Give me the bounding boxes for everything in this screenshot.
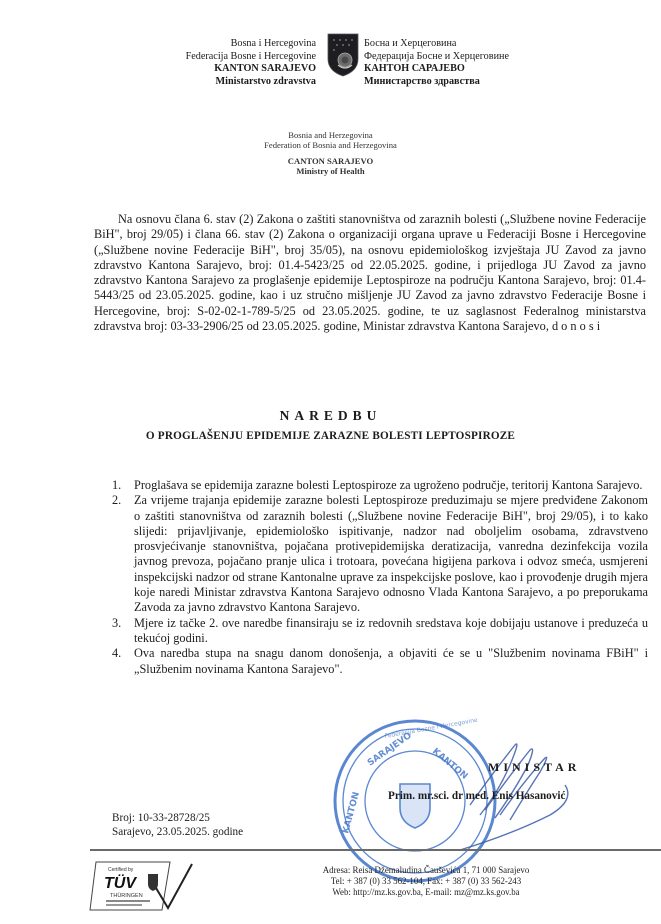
header-country-cyr: Босна и Херцеговина [364, 38, 584, 51]
header-federation-cyr: Федерација Босне и Херцеговине [364, 51, 584, 64]
item-text: Ova naredba stupa na snagu danom donošen… [134, 646, 648, 675]
footer-divider [90, 849, 661, 851]
item-number: 2. [112, 493, 121, 508]
header-ministry-cyr: Министарство здравства [364, 76, 584, 89]
footer-address: Adresa: Reisa Džemaludina Čauševića 1, 7… [276, 865, 576, 876]
header-latin: Bosna i Hercegovina Federacija Bosne i H… [176, 38, 316, 88]
item-text: Proglašava se epidemija zarazne bolesti … [134, 478, 642, 492]
item-number: 1. [112, 478, 121, 493]
header-english: Bosnia and Herzegovina Federation of Bos… [0, 130, 661, 176]
reference-block: Broj: 10-33-28728/25 Sarajevo, 23.05.202… [112, 811, 243, 839]
reference-number: Broj: 10-33-28728/25 [112, 811, 243, 825]
tuv-certification-checkmark-icon: Certified by TÜV THÜRINGEN [88, 858, 198, 914]
header-canton: KANTON SARAJEVO [176, 63, 316, 76]
signatory-name: Prim. mr.sci. dr med. Enis Hasanović [388, 790, 565, 802]
header-country-en: Bosnia and Herzegovina [0, 130, 661, 140]
header-canton-cyr: КАНТОН САРАЈЕВО [364, 63, 584, 76]
tuv-label-top: Certified by [108, 867, 134, 873]
order-item: 1. Proglašava se epidemija zarazne boles… [112, 478, 648, 493]
order-items-list: 1. Proglašava se epidemija zarazne boles… [112, 478, 648, 677]
header-cyrillic: Босна и Херцеговина Федерација Босне и Х… [364, 38, 584, 88]
order-item: 2. Za vrijeme trajanja epidemije zarazne… [112, 493, 648, 615]
header-federation: Federacija Bosne i Hercegovine [176, 51, 316, 64]
order-item: 3. Mjere iz tačke 2. ove naredbe finansi… [112, 616, 648, 647]
order-item: 4. Ova naredba stupa na snagu danom dono… [112, 646, 648, 677]
document-subtitle: O PROGLAŠENJU EPIDEMIJE ZARAZNE BOLESTI … [0, 430, 661, 442]
item-text: Mjere iz tačke 2. ove naredbe finansiraj… [134, 616, 648, 645]
tuv-sub: THÜRINGEN [110, 892, 143, 899]
header-ministry: Ministarstvo zdravstva [176, 76, 316, 89]
footer-web[interactable]: Web: http://mz.ks.gov.ba, E-mail: mz@mz.… [276, 887, 576, 898]
header-canton-en: CANTON SARAJEVO [0, 156, 661, 166]
header-country: Bosna i Hercegovina [176, 38, 316, 51]
contact-footer: Adresa: Reisa Džemaludina Čauševića 1, 7… [276, 865, 576, 899]
header-ministry-en: Ministry of Health [0, 166, 661, 176]
preamble-paragraph: Na osnovu člana 6. stav (2) Zakona o zaš… [94, 212, 646, 334]
reference-place-date: Sarajevo, 23.05.2025. godine [112, 825, 243, 839]
item-number: 4. [112, 646, 121, 661]
footer-phone: Tel: + 387 (0) 33 562-104, Fax: + 387 (0… [276, 876, 576, 887]
tuv-brand: TÜV [104, 873, 137, 892]
item-text: Za vrijeme trajanja epidemije zarazne bo… [134, 493, 648, 614]
document-title: NAREDBU [0, 408, 661, 424]
item-number: 3. [112, 616, 121, 631]
header-federation-en: Federation of Bosnia and Herzegovina [0, 140, 661, 150]
signatory-role: MINISTAR [488, 760, 580, 775]
coat-of-arms-icon [327, 33, 359, 77]
